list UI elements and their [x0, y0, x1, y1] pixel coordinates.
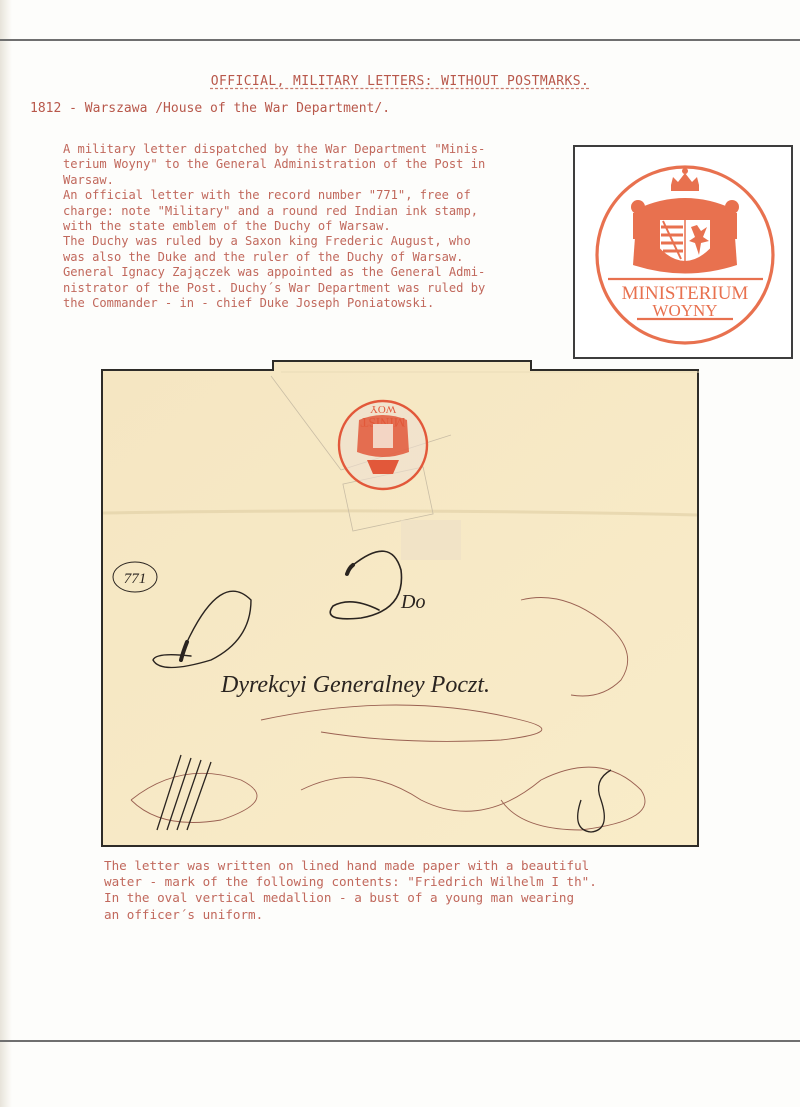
description-line: nistrator of the Post. Duchy´s War Depar…: [63, 281, 563, 296]
description-line: The Duchy was ruled by a Saxon king Fred…: [63, 234, 563, 249]
ministerium-woyny-stamp-icon: MINISTERIUM WOYNY: [575, 147, 791, 357]
description-line: with the state emblem of the Duchy of Wa…: [63, 219, 563, 234]
scan-edge-shadow: [0, 0, 12, 1107]
handwriting-line1: Do: [400, 591, 425, 613]
description-line: A military letter dispatched by the War …: [63, 142, 563, 157]
handwriting-line2: Dyrekcyi Generalney Poczt.: [220, 672, 490, 698]
page-title-text: OFFICIAL, MILITARY LETTERS: WITHOUT POST…: [211, 74, 589, 89]
record-number: 771: [124, 571, 147, 587]
top-rule: [0, 39, 800, 41]
stamp-enlargement-box: MINISTERIUM WOYNY: [573, 145, 793, 359]
footnote-line: water - mark of the following contents: …: [104, 874, 704, 890]
letter-image: MINIST WOY 771 Do Dyrekcyi Generalney Po…: [101, 360, 699, 847]
description-line: Warsaw.: [63, 173, 563, 188]
svg-text:WOY: WOY: [370, 403, 396, 415]
page-title: OFFICIAL, MILITARY LETTERS: WITHOUT POST…: [0, 74, 800, 89]
stamp-line2: WOYNY: [652, 301, 717, 320]
page-subtitle: 1812 - Warszawa /House of the War Depart…: [30, 101, 390, 116]
footnote-paragraph: The letter was written on lined hand mad…: [104, 858, 704, 923]
footnote-line: an officer´s uniform.: [104, 907, 704, 923]
footnote-line: In the oval vertical medallion - a bust …: [104, 890, 704, 906]
letter-cover: MINIST WOY 771 Do Dyrekcyi Generalney Po…: [101, 360, 699, 847]
bottom-rule: [0, 1040, 800, 1042]
footnote-line: The letter was written on lined hand mad…: [104, 858, 704, 874]
description-line: the Commander - in - chief Duke Joseph P…: [63, 296, 563, 311]
description-line: General Ignacy Zajączek was appointed as…: [63, 265, 563, 280]
description-line: was also the Duke and the ruler of the D…: [63, 250, 563, 265]
description-line: terium Woyny" to the General Administrat…: [63, 157, 563, 172]
description-line: An official letter with the record numbe…: [63, 188, 563, 203]
description-line: charge: note "Military" and a round red …: [63, 204, 563, 219]
description-paragraph: A military letter dispatched by the War …: [63, 142, 563, 311]
red-seal-icon: MINIST WOY: [339, 401, 427, 489]
